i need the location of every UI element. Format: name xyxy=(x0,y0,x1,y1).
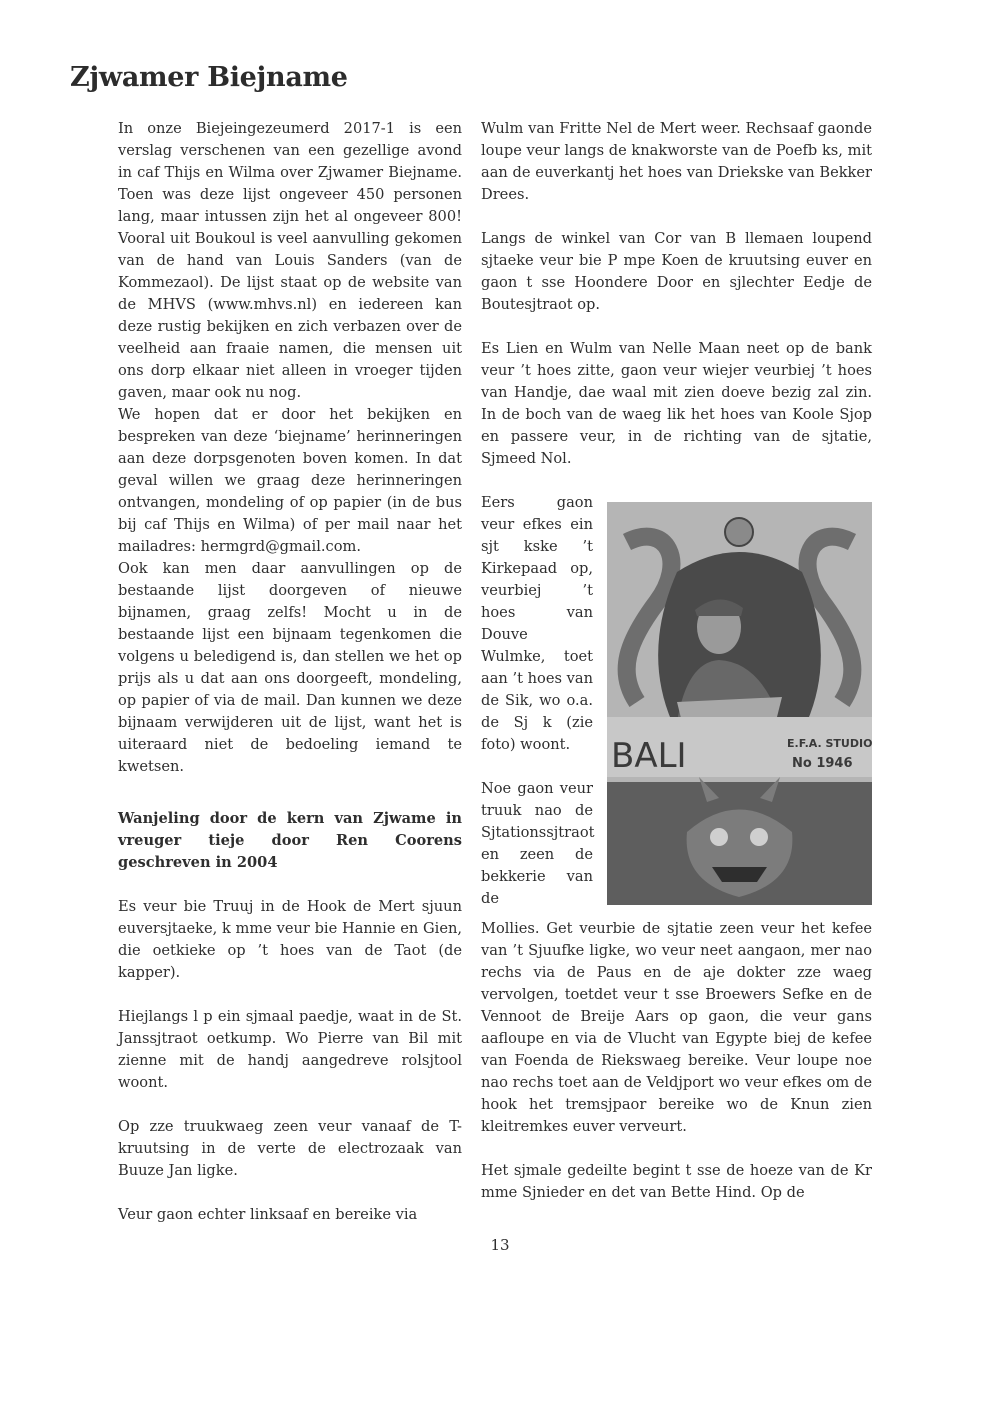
right-paragraph-2: Langs de winkel van Cor van B llemaen lo… xyxy=(481,228,872,316)
studio-number-text: No 1946 xyxy=(792,756,853,771)
section-subheading: Wanjeling door de kern van Zjwame in vre… xyxy=(118,808,462,874)
right-paragraph-1: Wulm van Fritte Nel de Mert weer. Rechsa… xyxy=(481,118,872,206)
mask-eye-left xyxy=(710,828,728,846)
after-photo-paragraph-1: Mollies. Get veurbie de sjtatie zeen veu… xyxy=(481,918,872,1138)
walk-paragraph-4: Veur gaon echter linksaaf en bereike via xyxy=(118,1204,462,1226)
left-column: In onze Biejeingezeumerd 2017-1 is een v… xyxy=(118,118,462,1226)
bali-photo: BALI E.F.A. STUDIO No 1946 xyxy=(607,502,872,905)
after-photo-paragraph-2: Het sjmale gedeilte begint t sse de hoez… xyxy=(481,1160,872,1204)
intro-paragraph-3: Ook kan men daar aanvullingen op de best… xyxy=(118,558,462,778)
bali-text: BALI xyxy=(611,736,687,776)
intro-paragraph-2: We hopen dat er door het bekijken en bes… xyxy=(118,404,462,558)
walk-paragraph-3: Op zze truukwaeg zeen veur vanaaf de T-k… xyxy=(118,1116,462,1182)
studio-text: E.F.A. STUDIO xyxy=(787,737,872,750)
right-paragraph-3: Es Lien en Wulm van Nelle Maan neet op d… xyxy=(481,338,872,470)
beside-photo-paragraph-2: Noe gaon veur truuk nao de Sjtationssjtr… xyxy=(481,778,593,910)
page-number: 13 xyxy=(0,1236,1000,1254)
photo-illustration: BALI E.F.A. STUDIO No 1946 xyxy=(607,502,872,905)
after-photo-text: Mollies. Get veurbie de sjtatie zeen veu… xyxy=(481,918,872,1204)
emblem-shape xyxy=(725,518,753,546)
mask-eye-right xyxy=(750,828,768,846)
beside-photo-paragraph-1: Eers gaon veur efkes ein sjt kske ’t Kir… xyxy=(481,492,593,756)
page-title: Zjwamer Biejname xyxy=(70,62,348,93)
intro-paragraph-1: In onze Biejeingezeumerd 2017-1 is een v… xyxy=(118,118,462,404)
walk-paragraph-2: Hiejlangs l p ein sjmaal paedje, waat in… xyxy=(118,1006,462,1094)
walk-paragraph-1: Es veur bie Truuj in de Hook de Mert sju… xyxy=(118,896,462,984)
